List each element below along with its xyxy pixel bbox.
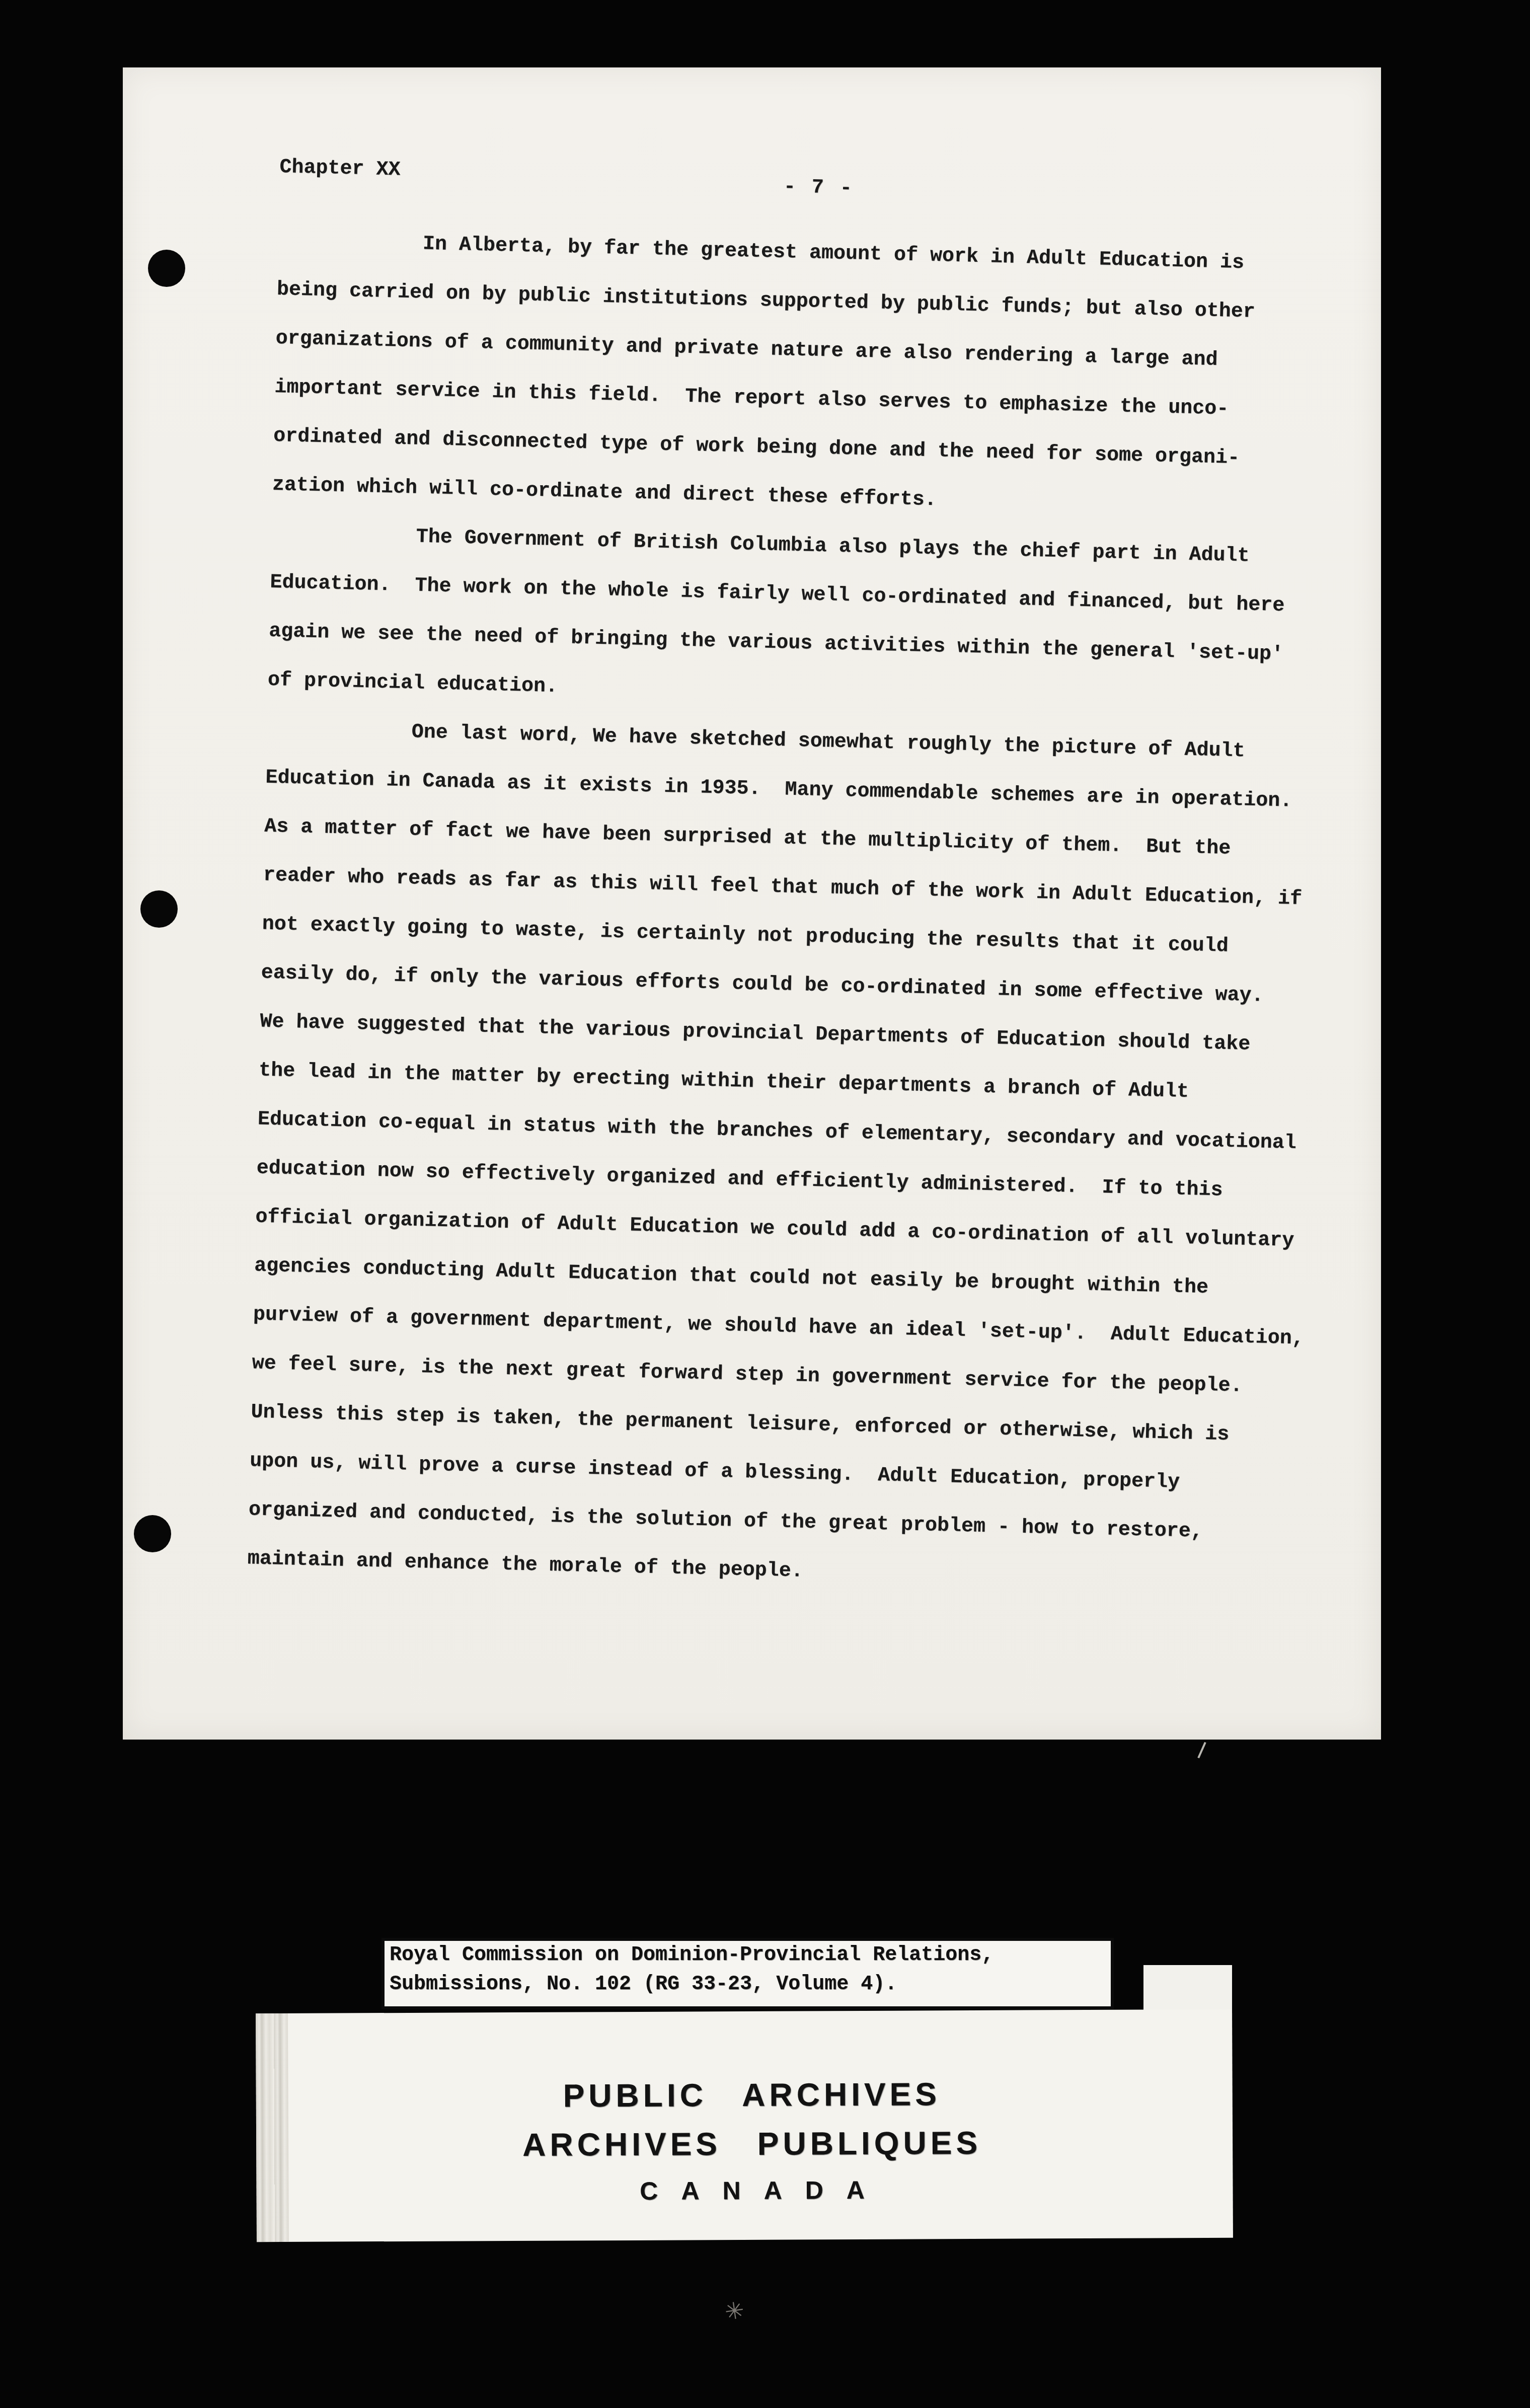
body-text: In Alberta, by far the greatest amount o… — [247, 216, 1365, 1608]
archives-label-english: PUBLIC ARCHIVES — [291, 2069, 1212, 2122]
hole-punch-top — [148, 250, 185, 287]
archives-label-text: PUBLIC ARCHIVES ARCHIVES PUBLIQUES CANAD… — [291, 2069, 1213, 2215]
stamp-line-1: Royal Commission on Dominion-Provincial … — [385, 1941, 1111, 1970]
hole-punch-middle — [140, 890, 178, 928]
royal-commission-stamp: Royal Commission on Dominion-Provincial … — [381, 1938, 1114, 2009]
typed-page: Chapter XX - 7 - In Alberta, by far the … — [123, 67, 1381, 1740]
chapter-heading: Chapter XX — [279, 156, 401, 182]
stamp-line-2: Submissions, No. 102 (RG 33-23, Volume 4… — [385, 1970, 1111, 1999]
scan-background: Chapter XX - 7 - In Alberta, by far the … — [0, 0, 1530, 2408]
public-archives-label: PUBLIC ARCHIVES ARCHIVES PUBLIQUES CANAD… — [256, 2009, 1233, 2242]
page-number: - 7 - — [783, 176, 854, 200]
hole-punch-bottom — [134, 1515, 171, 1552]
typed-text-block: Chapter XX - 7 - In Alberta, by far the … — [247, 156, 1367, 1608]
film-frame-mark: ✳ — [723, 2296, 746, 2326]
scan-scratch-mark — [1197, 1742, 1206, 1759]
archives-label-french: ARCHIVES PUBLIQUES — [291, 2118, 1212, 2170]
archives-label-canada: CANADA — [291, 2166, 1212, 2215]
torn-paper-edge — [256, 2013, 289, 2242]
